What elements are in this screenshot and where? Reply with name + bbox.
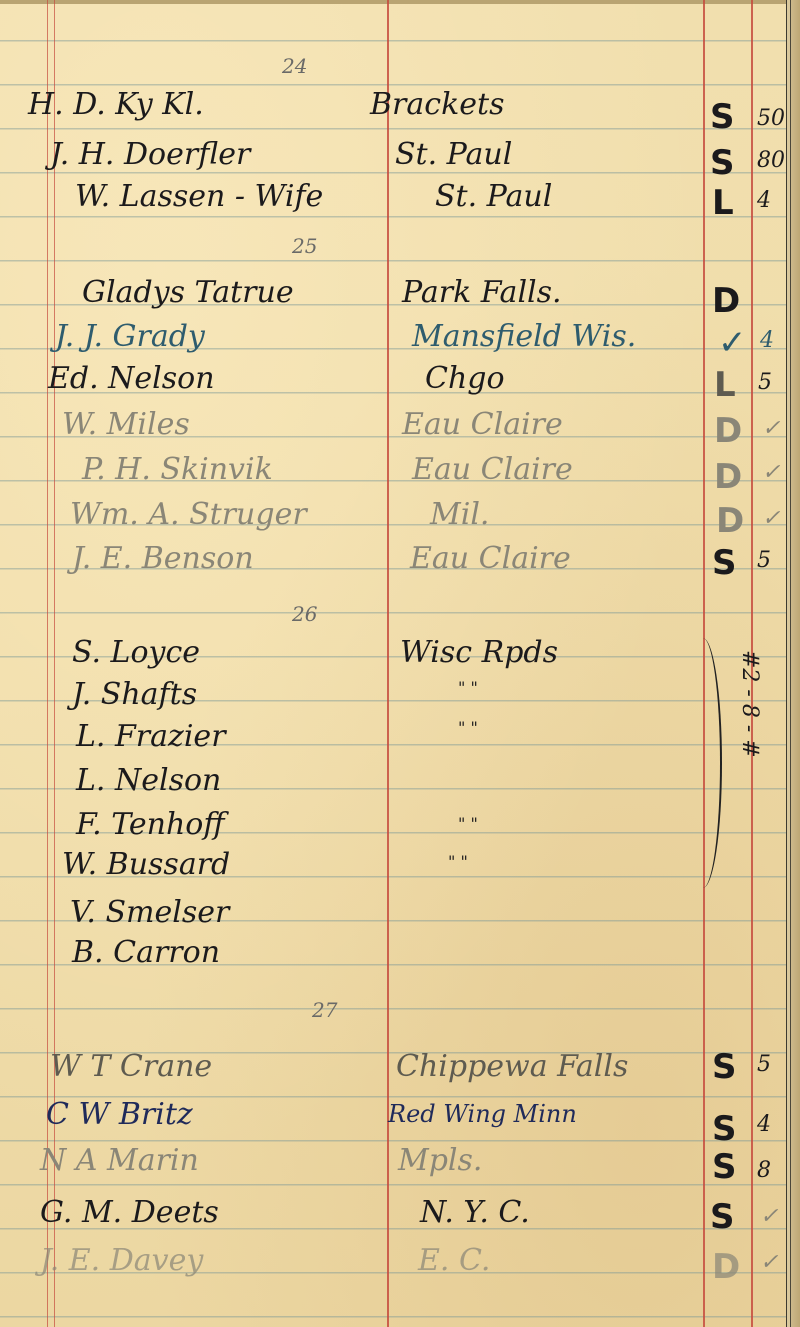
guest-residence: N. Y. C.	[420, 1198, 530, 1228]
guest-name: W. Bussard	[62, 850, 230, 880]
guest-name: W. Miles	[62, 410, 190, 440]
guest-residence: Mansfield Wis.	[412, 322, 636, 352]
guest-residence: Wisc Rpds	[400, 638, 558, 668]
room-mark: S	[710, 146, 735, 180]
guest-name: J. Shafts	[72, 680, 197, 710]
room-mark: L	[714, 368, 736, 402]
date-marker: 27	[312, 1000, 337, 1020]
guest-residence: " "	[458, 680, 478, 696]
room-mark: S	[712, 546, 737, 580]
rate: ✓	[762, 418, 780, 440]
guest-name: W T Crane	[50, 1052, 212, 1082]
guest-residence: St. Paul	[435, 182, 552, 212]
rate: 5	[757, 550, 771, 572]
guest-residence: St. Paul	[395, 140, 512, 170]
guest-name: Ed. Nelson	[48, 364, 215, 394]
rate: ✓	[762, 462, 780, 484]
room-mark: S	[712, 1112, 737, 1146]
guest-residence: " "	[458, 720, 478, 736]
rate: 50	[757, 108, 785, 130]
guest-residence: Red Wing Minn	[388, 1102, 577, 1126]
guest-name: J. J. Grady	[55, 322, 205, 352]
guest-residence: Eau Claire	[410, 544, 571, 574]
guest-name: Gladys Tatrue	[82, 278, 294, 308]
guest-name: B. Carron	[72, 938, 220, 968]
date-marker: 24	[282, 56, 307, 76]
date-marker: 26	[292, 604, 317, 624]
guest-residence: Eau Claire	[402, 410, 563, 440]
guest-residence: Chippewa Falls	[396, 1052, 628, 1082]
guest-name: J. E. Davey	[40, 1246, 203, 1276]
guest-name: N A Marin	[40, 1146, 199, 1176]
room-mark: D	[712, 1250, 740, 1284]
room-mark: S	[712, 1050, 737, 1084]
guest-residence: Eau Claire	[412, 455, 573, 485]
rate: 4	[757, 190, 771, 212]
guest-name: S. Loyce	[72, 638, 200, 668]
guest-name: W. Lassen - Wife	[75, 182, 323, 212]
guest-residence: " "	[458, 816, 478, 832]
guest-name: G. M. Deets	[40, 1198, 219, 1228]
guest-residence: Mil.	[430, 500, 489, 530]
room-mark: L	[712, 186, 734, 220]
rate: ✓	[760, 1252, 778, 1274]
guest-name: V. Smelser	[70, 898, 229, 928]
room-mark: S	[712, 1150, 737, 1184]
rate: 4	[760, 330, 774, 352]
rate: 5	[757, 1054, 771, 1076]
guest-residence: Mpls.	[398, 1146, 482, 1176]
room-mark: ✓	[718, 326, 747, 360]
rate: 8	[757, 1160, 771, 1182]
group-note: #2 - 8 - #	[736, 650, 762, 758]
rate: 5	[758, 372, 772, 394]
room-mark: D	[714, 460, 742, 494]
room-mark: D	[714, 414, 742, 448]
guest-name: J. H. Doerfler	[50, 140, 250, 170]
room-mark: S	[710, 1200, 735, 1234]
guest-residence: " "	[448, 854, 468, 870]
guest-name: C W Britz	[46, 1100, 193, 1130]
guest-name: F. Tenhoff	[76, 810, 225, 840]
room-mark: S	[710, 100, 735, 134]
guest-name: Wm. A. Struger	[70, 500, 307, 530]
date-marker: 25	[292, 236, 317, 256]
rate: ✓	[762, 508, 780, 530]
guest-name: L. Nelson	[76, 766, 221, 796]
guest-residence: E. C.	[418, 1246, 490, 1276]
room-mark: D	[716, 504, 744, 538]
register-page: 24 H. D. Ky Kl. Brackets S 50 J. H. Doer…	[0, 0, 800, 1327]
guest-name: L. Frazier	[76, 722, 226, 752]
guest-name: J. E. Benson	[72, 544, 254, 574]
room-mark: D	[712, 284, 740, 318]
rate: ✓	[760, 1206, 778, 1228]
rate: 4	[757, 1114, 771, 1136]
guest-residence: Park Falls.	[402, 278, 562, 308]
binding-edge	[786, 0, 800, 1327]
guest-name: P. H. Skinvik	[82, 455, 273, 485]
guest-residence: Chgo	[425, 364, 505, 394]
guest-residence: Brackets	[370, 90, 504, 120]
guest-name: H. D. Ky Kl.	[28, 90, 204, 120]
rate: 80	[757, 150, 785, 172]
